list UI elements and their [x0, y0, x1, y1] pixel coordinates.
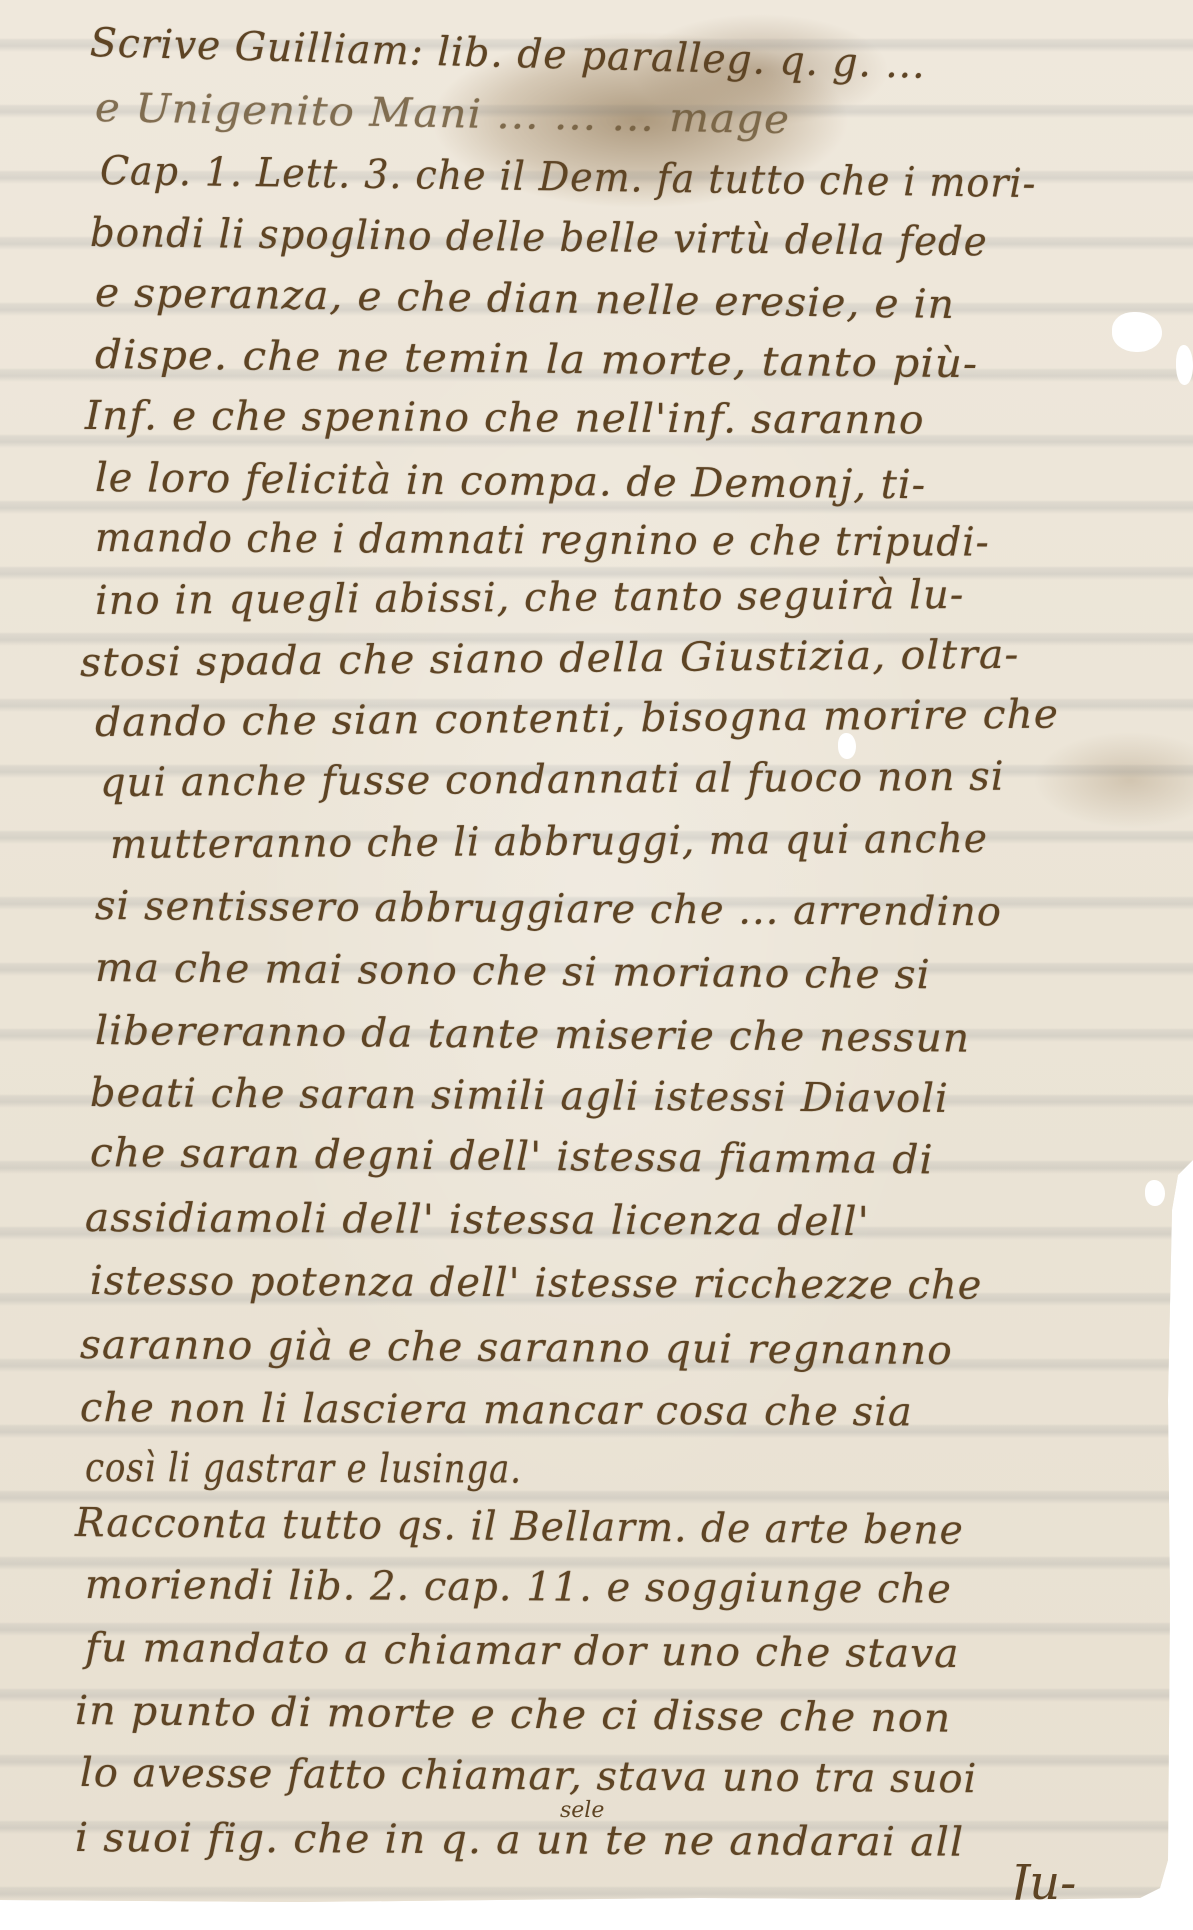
manuscript-line: dando che sian contenti, bisogna morire … — [95, 692, 1059, 746]
manuscript-line: si sentissero abbruggiare che ... arrend… — [95, 883, 1002, 935]
manuscript-line: istesso potenza dell' istesse ricchezze … — [90, 1258, 983, 1309]
manuscript-line: stosi spada che siano della Giustizia, o… — [80, 632, 1020, 686]
manuscript-line: ino in quegli abissi, che tanto seguirà … — [95, 572, 965, 624]
manuscript-line: le loro felicità in compa. de Demonj, ti… — [95, 455, 927, 508]
manuscript-line: ma che mai sono che si moriano che si — [95, 945, 931, 998]
manuscript-line: e speranza, e che dian nelle eresie, e i… — [95, 270, 956, 328]
manuscript-line: assidiamoli dell' istessa licenza dell' — [85, 1195, 870, 1245]
manuscript-line: Inf. e che spenino che nell'inf. saranno — [85, 393, 925, 443]
manuscript-line: bondi li spoglino delle belle virtù dell… — [90, 210, 988, 265]
manuscript-line: Scrive Guilliam: lib. de paralleg. q. g.… — [89, 20, 926, 88]
manuscript-line: dispe. che ne temin la morte, tanto più- — [95, 332, 979, 387]
manuscript-line: così li gastrar e lusinga. — [85, 1445, 522, 1493]
manuscript-line: beati che saran simili agli istessi Diav… — [90, 1070, 949, 1122]
manuscript-line: Racconta tutto qs. il Bellarm. de arte b… — [75, 1500, 964, 1554]
manuscript-line: fu mandato a chiamar dor uno che stava — [85, 1625, 960, 1677]
manuscript-line: in punto di morte e che ci disse che non — [75, 1688, 952, 1742]
manuscript-line: mando che i damnati regnino e che tripud… — [95, 515, 990, 566]
manuscript-line: lo avesse fatto chiamar, stava uno tra s… — [80, 1750, 978, 1802]
manuscript-line: che saran degni dell' istessa fiamma di — [90, 1130, 934, 1183]
manuscript-line: Cap. 1. Lett. 3. che il Dem. fa tutto ch… — [100, 148, 1037, 207]
signature-flourish: Ju- — [1010, 1855, 1076, 1911]
manuscript-line: mutteranno che li abbruggi, ma qui anche — [110, 816, 988, 868]
manuscript-line: moriendi lib. 2. cap. 11. e soggiunge ch… — [85, 1562, 952, 1613]
manuscript-text: Scrive Guilliam: lib. de paralleg. q. g.… — [0, 0, 1193, 1930]
manuscript-line: saranno già e che saranno qui regnanno — [80, 1322, 953, 1374]
manuscript-line: che non li lasciera mancar cosa che sia — [80, 1385, 913, 1435]
manuscript-line: e Unigenito Mani ... ... ... mage — [95, 85, 791, 143]
manuscript-line: libereranno da tante miserie che nessun — [95, 1008, 971, 1062]
manuscript-line: qui anche fusse condannati al fuoco non … — [100, 754, 1005, 806]
manuscript-line: i suoi fig. che in q. a un te ne andarai… — [75, 1815, 964, 1866]
manuscript-page: Scrive Guilliam: lib. de paralleg. q. g.… — [0, 0, 1193, 1930]
